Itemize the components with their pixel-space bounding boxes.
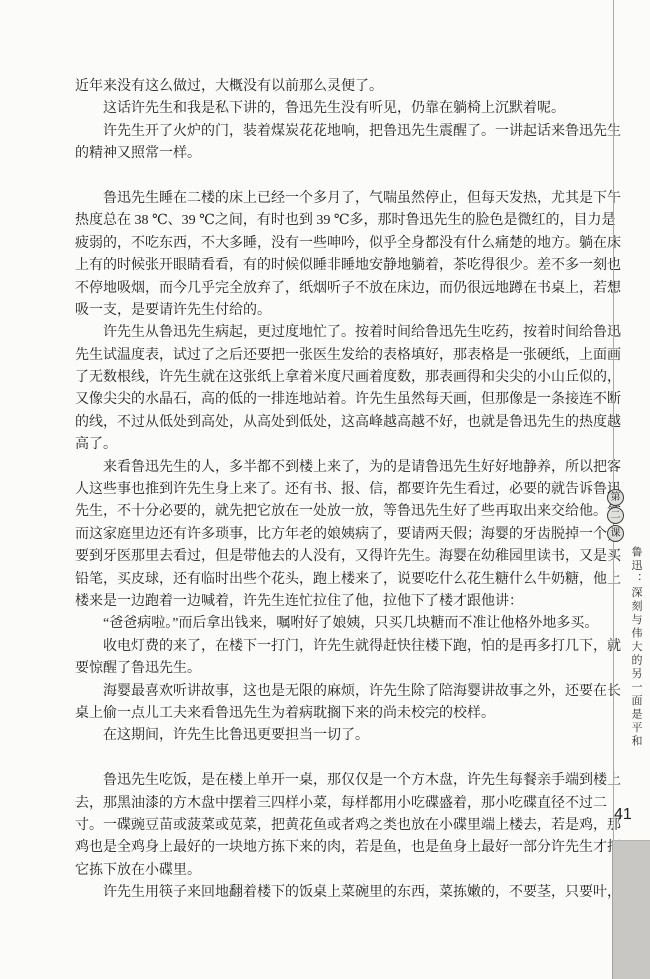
text-line: 要到牙医那里去看过，但是带他去的人没有，又得许先生。海婴在幼稚园里读书，又是买 <box>75 546 595 568</box>
book-page: 近年来没有这么做过，大概没有以前那么灵便了。这话许先生和我是私下讲的，鲁迅先生没… <box>0 0 650 979</box>
text-line: 去，那黑油漆的方木盘中摆着三四样小菜，每样都用小吃碟盛着，那小吃碟直径不过二 <box>75 793 595 815</box>
text-line: 又像尖尖的水晶石，高的低的一排连地站着。许先生虽然每天画，但那像是一条接连不断 <box>75 389 595 411</box>
text-line: 高了。 <box>75 434 595 456</box>
text-line: 而这家庭里边还有许多琐事，比方年老的娘姨病了，要请两天假；海婴的牙齿脱掉一个， <box>75 524 595 546</box>
page-edge-shadow <box>612 840 650 979</box>
text-line: 收电灯费的来了，在楼下一打门，许先生就得赶快往楼下跑，怕的是再多打几下，就 <box>75 636 595 658</box>
lesson-badge: 第 二 课 <box>607 489 624 542</box>
text-line: 海婴最喜欢听讲故事，这也是无限的麻烦，许先生除了陪海婴讲故事之外，还要在长 <box>75 681 595 703</box>
text-line: 了无数根线，许先生就在这张纸上拿着米度尺画着度数，那表画得和尖尖的小山丘似的， <box>75 367 595 389</box>
text-line: 它拣下放在小碟里。 <box>75 860 595 882</box>
text-line: 鸡也是全鸡身上最好的一块地方拣下来的肉，若是鱼，也是鱼身上最好一部分许先生才把 <box>75 837 595 859</box>
text-line: 先生试温度表，试过了之后还要把一张医生发给的表格填好，那表格是一张硬纸，上面画 <box>75 345 595 367</box>
text-line: 人这些事也推到许先生身上来了。还有书、报、信，都要许先生看过，必要的就告诉鲁迅 <box>75 479 595 501</box>
text-line: 上有的时候张开眼睛看看，有的时候似睡非睡地安静地躺着，茶吃得很少。差不多一刻也 <box>75 255 595 277</box>
text-line: 许先生开了火炉的门，装着煤炭花花地响，把鲁迅先生震醒了。一讲起话来鲁迅先生 <box>75 121 595 143</box>
paragraph-spacer <box>75 748 595 770</box>
lesson-badge-char-1: 第 <box>607 489 624 506</box>
text-line: 铅笔，买皮球，还有临时出些个花头，跑上楼来了，说要吃什么花生糖什么牛奶糖，他上 <box>75 569 595 591</box>
text-line: 许先生用筷子来回地翻着楼下的饭桌上菜碗里的东西，菜拣嫩的，不要茎，只要叶， <box>75 882 595 904</box>
text-line: 热度总在 38 ℃、39 ℃之间，有时也到 39 ℃多，那时鲁迅先生的脸色是微红… <box>75 210 595 232</box>
text-line: 来看鲁迅先生的人，多半都不到楼上来了，为的是请鲁迅先生好好地静养，所以把客 <box>75 457 595 479</box>
text-line: 鲁迅先生睡在二楼的床上已经一个多月了，气喘虽然停止，但每天发热，尤其是下午 <box>75 188 595 210</box>
lesson-badge-char-2: 二 <box>607 507 624 524</box>
page-number: 41 <box>614 806 632 824</box>
text-line: 桌上偷一点儿工夫来看鲁迅先生为着病耽搁下来的尚未校完的校样。 <box>75 703 595 725</box>
text-line: 要惊醒了鲁迅先生。 <box>75 658 595 680</box>
text-line: 的精神又照常一样。 <box>75 143 595 165</box>
text-line: 在这期间，许先生比鲁迅更要担当一切了。 <box>75 725 595 747</box>
text-line: 这话许先生和我是私下讲的，鲁迅先生没有听见，仍靠在躺椅上沉默着呢。 <box>75 98 595 120</box>
text-line: 近年来没有这么做过，大概没有以前那么灵便了。 <box>75 76 595 98</box>
text-line: 先生，不十分必要的，就先把它放在一处放一放，等鲁迅先生好了些再取出来交给他。然 <box>75 501 595 523</box>
lesson-badge-char-3: 课 <box>607 525 624 542</box>
text-line: 的线，不过从低处到高处，从高处到低处，这高峰越高越不好，也就是鲁迅先生的热度越 <box>75 412 595 434</box>
text-line: “爸爸病啦。”而后拿出钱来，嘱咐好了娘姨，只买几块糖而不准让他格外地多买。 <box>75 613 595 635</box>
text-line: 楼来是一边跑着一边喊着，许先生连忙拉住了他，拉他下了楼才跟他讲： <box>75 591 595 613</box>
text-line: 寸。一碟豌豆苗或菠菜或苋菜，把黄花鱼或者鸡之类也放在小碟里端上楼去，若是鸡，那 <box>75 815 595 837</box>
paragraph-spacer <box>75 166 595 188</box>
text-line: 鲁迅先生吃饭，是在楼上单开一桌，那仅仅是一个方木盘，许先生每餐亲手端到楼上 <box>75 770 595 792</box>
body-text: 近年来没有这么做过，大概没有以前那么灵便了。这话许先生和我是私下讲的，鲁迅先生没… <box>75 76 595 904</box>
text-line: 吸一支，是要请许先生付给的。 <box>75 300 595 322</box>
text-line: 疲弱的，不吃东西，不大多睡，没有一些呻吟，似乎全身都没有什么痛楚的地方。躺在床 <box>75 233 595 255</box>
text-line: 许先生从鲁迅先生病起，更过度地忙了。按着时间给鲁迅先生吃药，按着时间给鲁迅 <box>75 322 595 344</box>
sidebar-rule <box>613 0 614 840</box>
text-line: 不停地吸烟，而今几乎完全放弃了，纸烟听子不放在床边，而仍很远地蹲在书桌上，若想 <box>75 278 595 300</box>
chapter-title-vertical: 鲁迅：深刻与伟大的另一面是平和 <box>628 546 644 758</box>
